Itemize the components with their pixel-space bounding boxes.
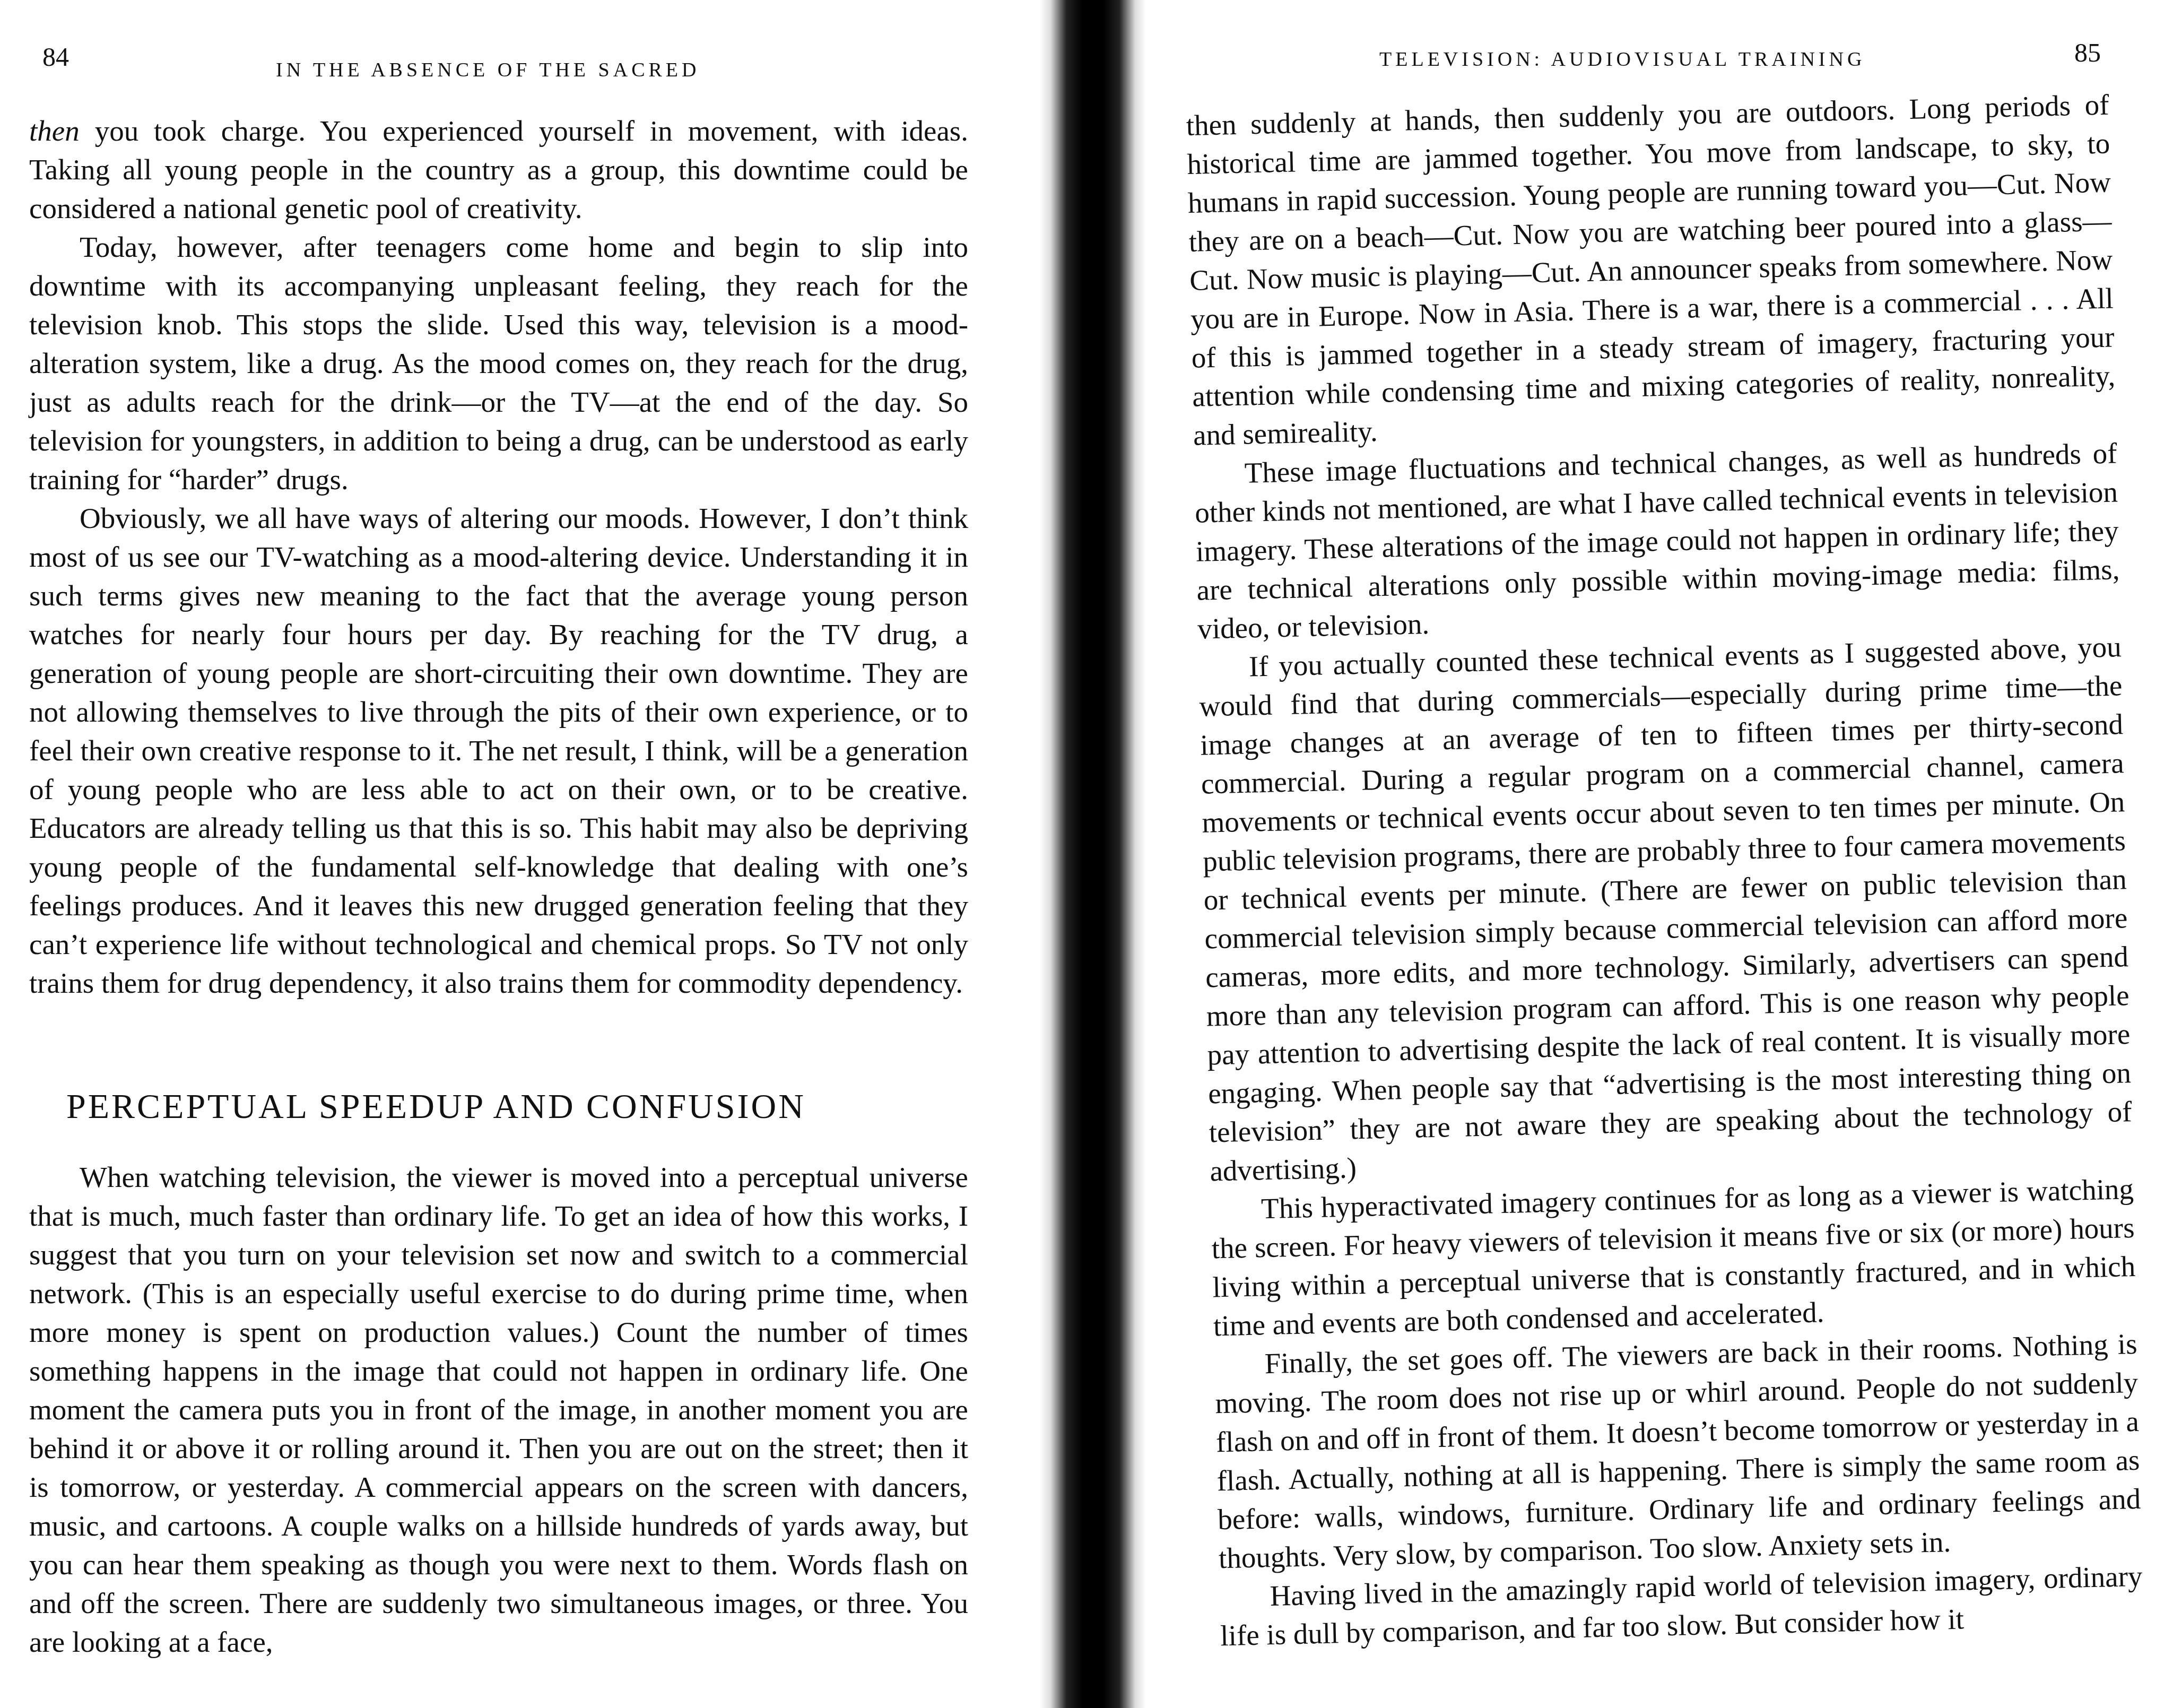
paragraph: Today, however, after teenagers come hom… (29, 228, 968, 499)
body-text: then you took charge. You experienced yo… (29, 111, 968, 1661)
running-head: IN THE ABSENCE OF THE SACRED (276, 58, 700, 82)
italic-lead: then (29, 115, 80, 147)
page-number: 85 (2074, 37, 2101, 68)
running-head: TELEVISION: AUDIOVISUAL TRAINING (1379, 48, 1865, 71)
paragraph: then you took charge. You experienced yo… (29, 111, 968, 228)
paragraph: If you actually counted these technical … (1198, 627, 2133, 1190)
paragraph: Finally, the set goes off. The viewers a… (1214, 1324, 2142, 1577)
page-number: 84 (42, 41, 69, 72)
book-gutter-shadow (1040, 0, 1146, 1708)
left-page: 84 IN THE ABSENCE OF THE SACRED then you… (0, 0, 1040, 1708)
body-text: then suddenly at hands, then suddenly yo… (1186, 85, 2144, 1655)
paragraph: When watching television, the viewer is … (29, 1158, 968, 1661)
paragraph: These image fluctuations and technical c… (1194, 433, 2121, 648)
paragraph: This hyperactivated imagery continues fo… (1210, 1169, 2136, 1345)
right-page: TELEVISION: AUDIOVISUAL TRAINING 85 then… (1146, 0, 2173, 1708)
paragraph: Obviously, we all have ways of altering … (29, 499, 968, 1002)
section-heading: PERCEPTUAL SPEEDUP AND CONFUSION (66, 1087, 968, 1126)
paragraph: then suddenly at hands, then suddenly yo… (1186, 85, 2116, 455)
